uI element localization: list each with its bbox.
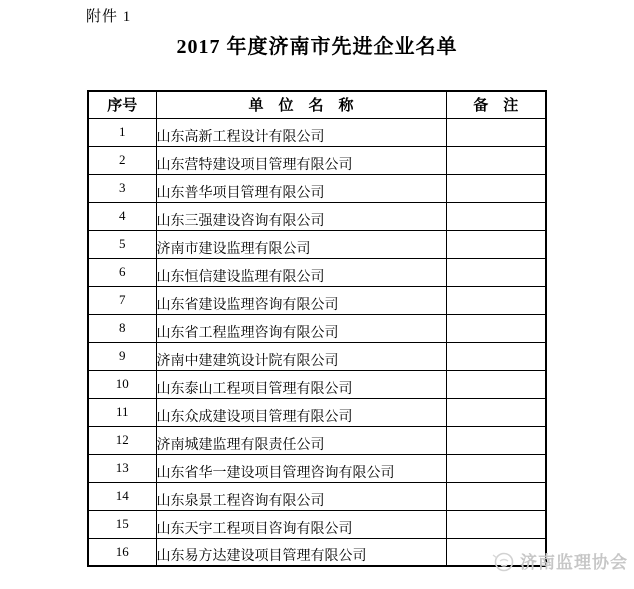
company-name: 山东天宇工程项目咨询有限公司 <box>156 510 446 538</box>
row-number: 12 <box>88 426 156 454</box>
table-row: 15 山东天宇工程项目咨询有限公司 <box>88 510 546 538</box>
table-row: 16 山东易方达建设项目管理有限公司 <box>88 538 546 566</box>
table-row: 9 济南中建建筑设计院有限公司 <box>88 342 546 370</box>
remark-cell <box>446 538 546 566</box>
col-header-remark: 备 注 <box>446 91 546 118</box>
remark-cell <box>446 258 546 286</box>
row-number: 16 <box>88 538 156 566</box>
table-row: 12 济南城建监理有限责任公司 <box>88 426 546 454</box>
remark-cell <box>446 230 546 258</box>
company-name: 济南中建建筑设计院有限公司 <box>156 342 446 370</box>
company-name: 山东营特建设项目管理有限公司 <box>156 146 446 174</box>
table-row: 1 山东高新工程设计有限公司 <box>88 118 546 146</box>
row-number: 10 <box>88 370 156 398</box>
remark-cell <box>446 118 546 146</box>
remark-cell <box>446 398 546 426</box>
table-body: 1 山东高新工程设计有限公司 2 山东营特建设项目管理有限公司 3 山东普华项目… <box>88 118 546 566</box>
table-row: 8 山东省工程监理咨询有限公司 <box>88 314 546 342</box>
table-row: 5 济南市建设监理有限公司 <box>88 230 546 258</box>
remark-cell <box>446 174 546 202</box>
table-row: 6 山东恒信建设监理有限公司 <box>88 258 546 286</box>
remark-cell <box>446 202 546 230</box>
company-name: 山东高新工程设计有限公司 <box>156 118 446 146</box>
remark-cell <box>446 482 546 510</box>
company-name: 山东省工程监理咨询有限公司 <box>156 314 446 342</box>
remark-cell <box>446 146 546 174</box>
table-row: 11 山东众成建设项目管理有限公司 <box>88 398 546 426</box>
remark-cell <box>446 426 546 454</box>
row-number: 15 <box>88 510 156 538</box>
enterprise-table: 序号 单 位 名 称 备 注 1 山东高新工程设计有限公司 2 山东营特建设项目… <box>87 90 547 567</box>
table-row: 14 山东泉景工程咨询有限公司 <box>88 482 546 510</box>
row-number: 11 <box>88 398 156 426</box>
remark-cell <box>446 286 546 314</box>
attachment-label: 附件 1 <box>86 5 131 26</box>
row-number: 2 <box>88 146 156 174</box>
table-row: 13 山东省华一建设项目管理咨询有限公司 <box>88 454 546 482</box>
company-name: 山东省华一建设项目管理咨询有限公司 <box>156 454 446 482</box>
row-number: 14 <box>88 482 156 510</box>
company-name: 济南城建监理有限责任公司 <box>156 426 446 454</box>
company-name: 山东普华项目管理有限公司 <box>156 174 446 202</box>
company-name: 山东众成建设项目管理有限公司 <box>156 398 446 426</box>
row-number: 4 <box>88 202 156 230</box>
company-name: 山东恒信建设监理有限公司 <box>156 258 446 286</box>
remark-cell <box>446 370 546 398</box>
remark-cell <box>446 314 546 342</box>
company-name: 济南市建设监理有限公司 <box>156 230 446 258</box>
company-name: 山东泉景工程咨询有限公司 <box>156 482 446 510</box>
document-page: 附件 1 2017 年度济南市先进企业名单 序号 单 位 名 称 备 注 1 山… <box>0 0 634 589</box>
row-number: 9 <box>88 342 156 370</box>
remark-cell <box>446 454 546 482</box>
table-row: 2 山东营特建设项目管理有限公司 <box>88 146 546 174</box>
company-name: 山东泰山工程项目管理有限公司 <box>156 370 446 398</box>
col-header-name: 单 位 名 称 <box>156 91 446 118</box>
row-number: 5 <box>88 230 156 258</box>
table-row: 10 山东泰山工程项目管理有限公司 <box>88 370 546 398</box>
row-number: 3 <box>88 174 156 202</box>
company-name: 山东三强建设咨询有限公司 <box>156 202 446 230</box>
table-row: 7 山东省建设监理咨询有限公司 <box>88 286 546 314</box>
col-header-serial: 序号 <box>88 91 156 118</box>
remark-cell <box>446 510 546 538</box>
company-name: 山东省建设监理咨询有限公司 <box>156 286 446 314</box>
row-number: 6 <box>88 258 156 286</box>
row-number: 8 <box>88 314 156 342</box>
page-title: 2017 年度济南市先进企业名单 <box>0 30 634 59</box>
table-row: 3 山东普华项目管理有限公司 <box>88 174 546 202</box>
header-row: 序号 单 位 名 称 备 注 <box>88 91 546 118</box>
row-number: 7 <box>88 286 156 314</box>
row-number: 1 <box>88 118 156 146</box>
company-name: 山东易方达建设项目管理有限公司 <box>156 538 446 566</box>
table-row: 4 山东三强建设咨询有限公司 <box>88 202 546 230</box>
remark-cell <box>446 342 546 370</box>
row-number: 13 <box>88 454 156 482</box>
